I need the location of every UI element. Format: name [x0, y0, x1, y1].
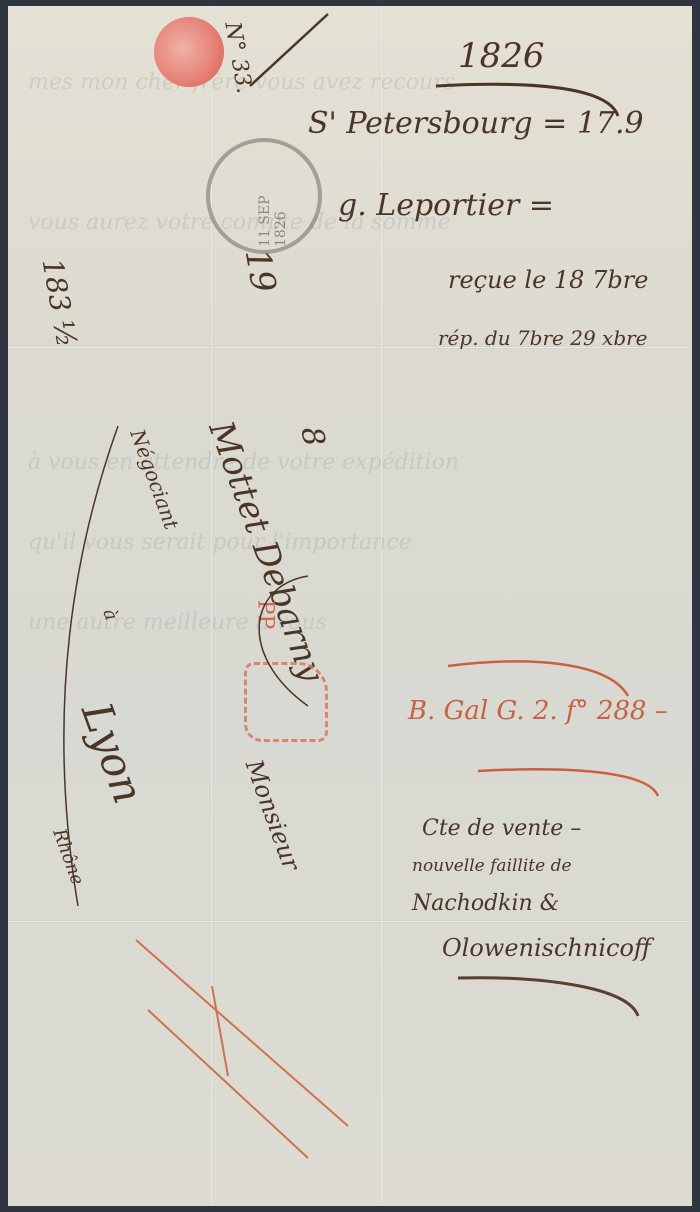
- pen-strokes: [8, 6, 692, 1206]
- letter-sheet: mes mon cher frère vous avez recours vou…: [8, 6, 692, 1206]
